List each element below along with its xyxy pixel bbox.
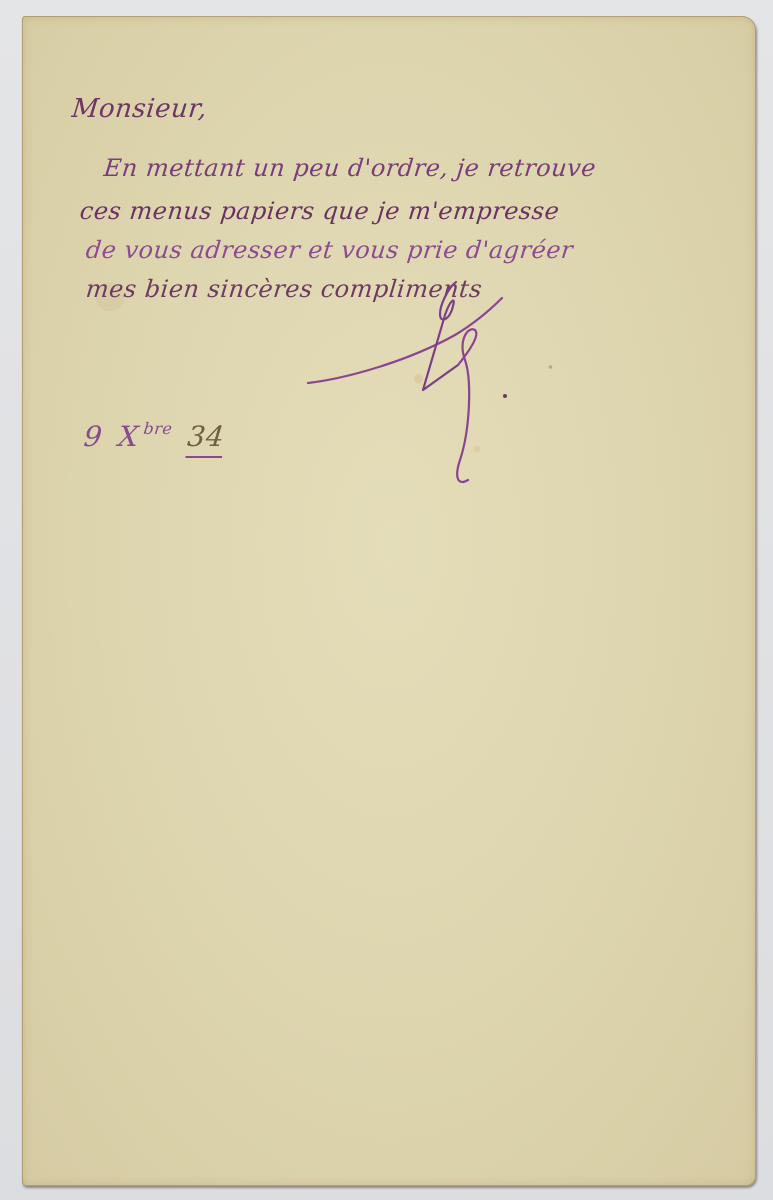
letter-date: 9 X bre 34 — [82, 420, 226, 453]
date-month: X — [117, 420, 141, 453]
letter-salutation: Monsieur, — [70, 94, 208, 124]
letter-body-line-2: ces menus papiers que je m'empresse — [79, 197, 561, 225]
date-month-superscript: bre — [143, 419, 174, 438]
letter-body-line-3: de vous adresser et vous prie d'agréer — [85, 236, 575, 264]
date-day: 9 — [82, 420, 104, 453]
letter-body-line-1: En mettant un peu d'ordre, je retrouve — [103, 154, 598, 182]
letter-sheet — [22, 16, 756, 1186]
signature-flourish-icon — [290, 280, 530, 500]
date-year: 34 — [186, 420, 226, 453]
